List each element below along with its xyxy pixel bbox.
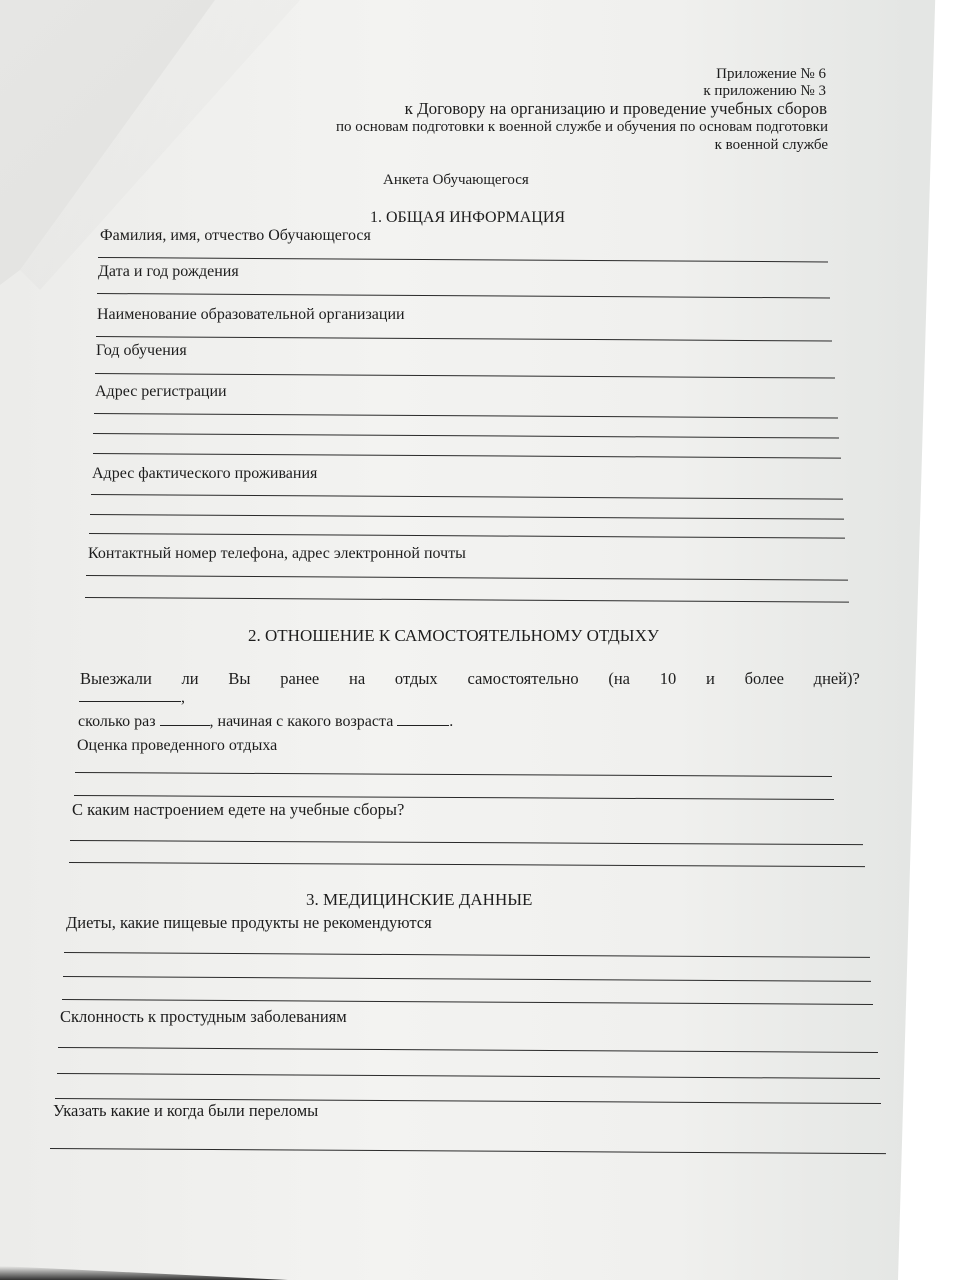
field-label-birth-date: Дата и год рождения bbox=[98, 264, 239, 280]
question-word: ли bbox=[182, 671, 199, 688]
field-label-registration-address: Адрес регистрации bbox=[95, 384, 227, 400]
answer-trips[interactable]: , bbox=[79, 690, 185, 706]
field-label-mood: С каким настроением едете на учебные сбо… bbox=[72, 802, 404, 819]
contract-ref: к Договору на организацию и проведение у… bbox=[405, 100, 827, 117]
appendix-number: Приложение № 6 bbox=[716, 67, 826, 82]
document-title: Анкета Обучающегося bbox=[383, 173, 529, 188]
field-label-full-name: Фамилия, имя, отчество Обучающегося bbox=[100, 228, 371, 244]
answer-trips-blank[interactable] bbox=[79, 701, 181, 702]
section-1-heading: 1. ОБЩАЯ ИНФОРМАЦИЯ bbox=[370, 210, 565, 226]
from-age-label: , начиная с какого возраста bbox=[210, 713, 394, 730]
section-3-heading: 3. МЕДИЦИНСКИЕ ДАННЫЕ bbox=[306, 891, 532, 908]
how-many-label: сколько раз bbox=[78, 713, 156, 730]
question-word: самостоятельно bbox=[467, 671, 578, 688]
field-label-rest-rating: Оценка проведенного отдыха bbox=[77, 738, 277, 754]
question-word: более bbox=[745, 671, 784, 688]
question-word: Вы bbox=[228, 671, 250, 688]
field-label-fractures: Указать какие и когда были переломы bbox=[53, 1103, 318, 1120]
question-word: и bbox=[706, 671, 715, 688]
question-count-age: сколько раз , начиная с какого возраста … bbox=[78, 714, 453, 730]
question-word: отдых bbox=[395, 671, 438, 688]
question-word: 10 bbox=[660, 671, 677, 688]
field-label-contacts: Контактный номер телефона, адрес электро… bbox=[88, 546, 466, 562]
from-age-blank[interactable] bbox=[397, 725, 449, 726]
section-2-heading: 2. ОТНОШЕНИЕ К САМОСТОЯТЕЛЬНОМУ ОТДЫХУ bbox=[248, 627, 659, 644]
contract-subject: по основам подготовки к военной службе и… bbox=[336, 120, 828, 135]
contract-subject-end: к военной службе bbox=[715, 138, 828, 153]
question-word: на bbox=[349, 671, 365, 688]
period: . bbox=[449, 713, 453, 730]
question-word: ранее bbox=[280, 671, 319, 688]
field-label-organization: Наименование образовательной организации bbox=[97, 307, 405, 323]
comma: , bbox=[181, 689, 185, 706]
question-word: дней)? bbox=[814, 671, 860, 688]
question-trips: ВыезжалилиВыранеенаотдыхсамостоятельно(н… bbox=[80, 671, 860, 688]
field-label-colds: Склонность к простудным заболеваниям bbox=[60, 1009, 347, 1026]
field-label-diet: Диеты, какие пищевые продукты не рекомен… bbox=[66, 915, 432, 932]
how-many-blank[interactable] bbox=[160, 725, 210, 726]
question-word: (на bbox=[608, 671, 630, 688]
appendix-ref: к приложению № 3 bbox=[703, 84, 826, 99]
field-label-actual-address: Адрес фактического проживания bbox=[92, 466, 317, 482]
question-word: Выезжали bbox=[80, 671, 152, 688]
field-label-study-year: Год обучения bbox=[96, 343, 187, 359]
